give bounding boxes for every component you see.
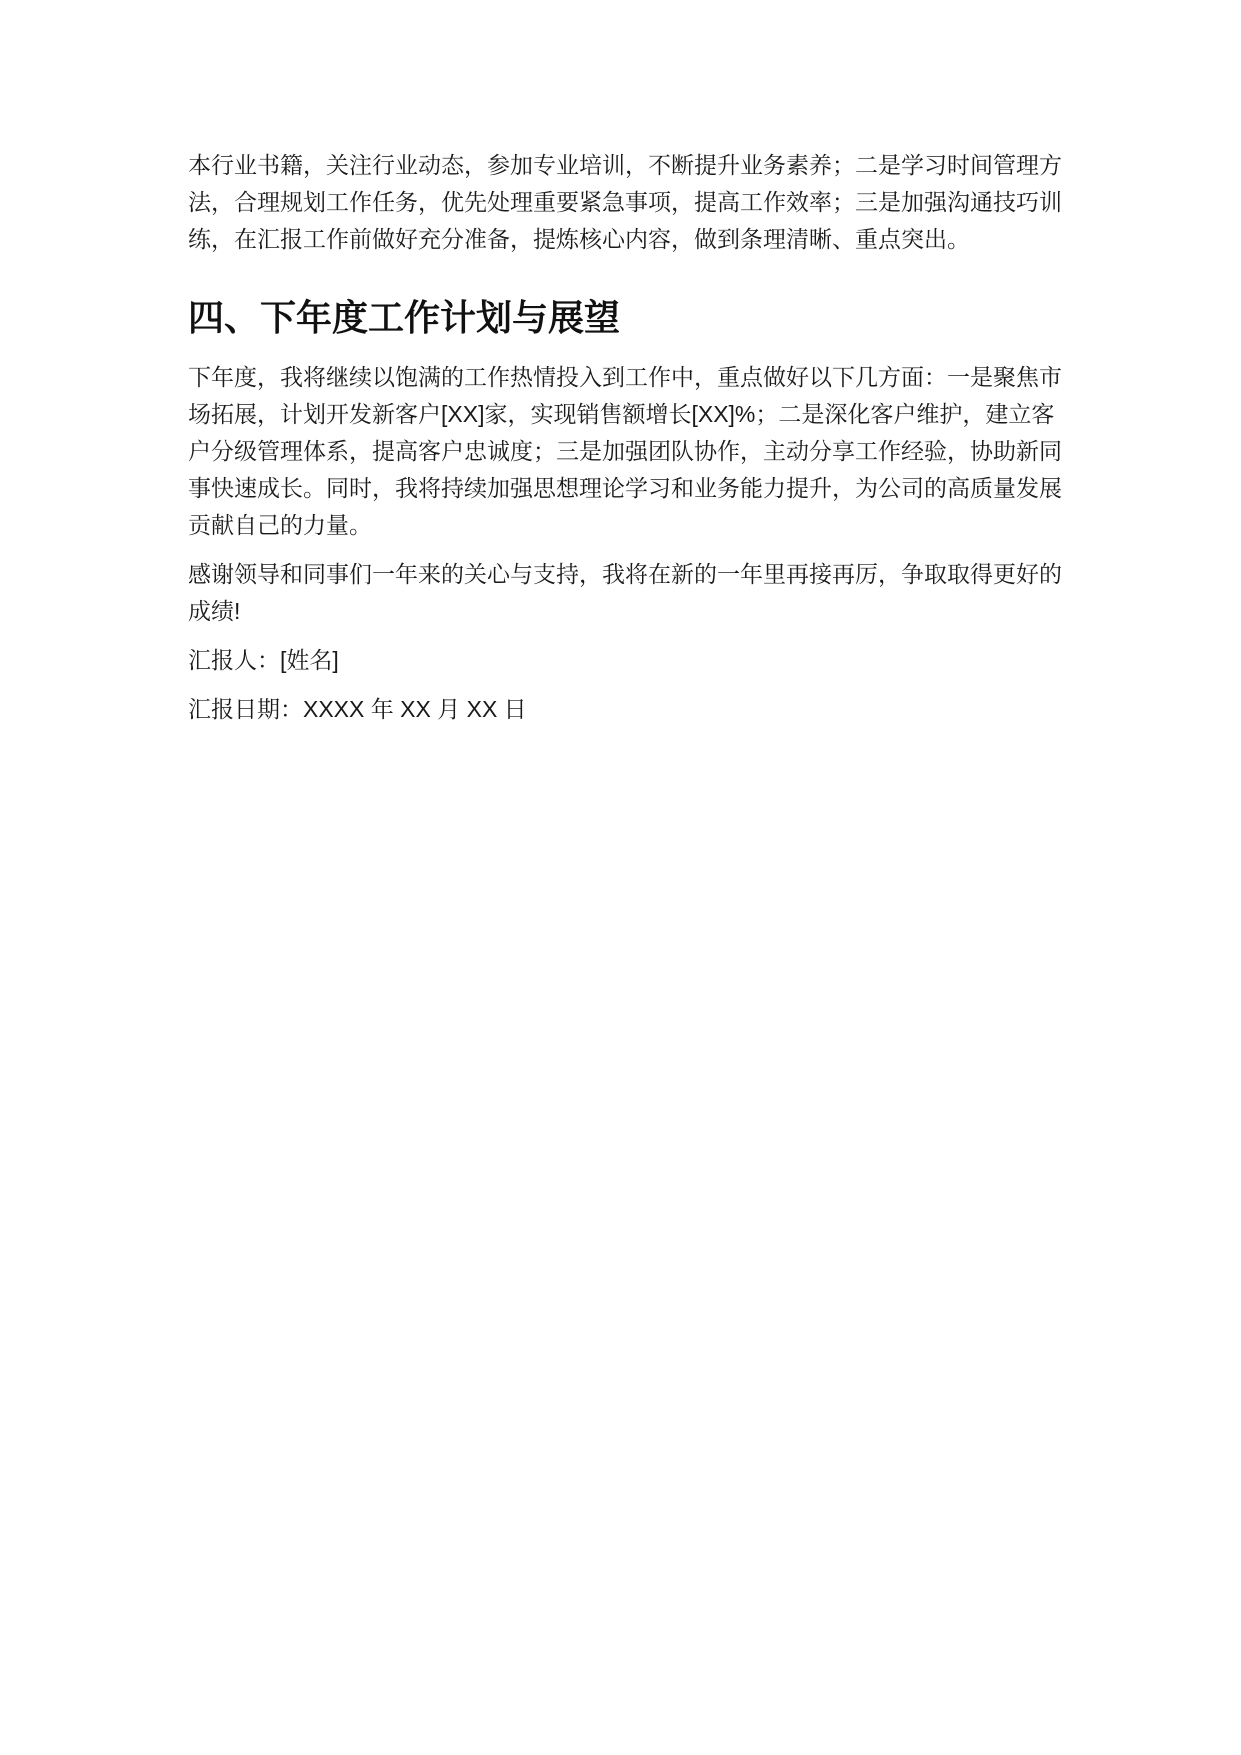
section-heading: 四、下年度工作计划与展望 — [188, 296, 1068, 339]
document-page: 本行业书籍，关注行业动态，参加专业培训，不断提升业务素养；二是学习时间管理方法，… — [0, 0, 1241, 1755]
report-date-line: 汇报日期：XXXX 年 XX 月 XX 日 — [188, 691, 1068, 728]
paragraph-plan: 下年度，我将继续以饱满的工作热情投入到工作中，重点做好以下几方面：一是聚焦市场拓… — [188, 359, 1068, 544]
reporter-line: 汇报人：[姓名] — [188, 642, 1068, 679]
paragraph-thanks: 感谢领导和同事们一年来的关心与支持，我将在新的一年里再接再厉，争取取得更好的成绩… — [188, 556, 1068, 630]
paragraph-continuation: 本行业书籍，关注行业动态，参加专业培训，不断提升业务素养；二是学习时间管理方法，… — [188, 147, 1068, 258]
